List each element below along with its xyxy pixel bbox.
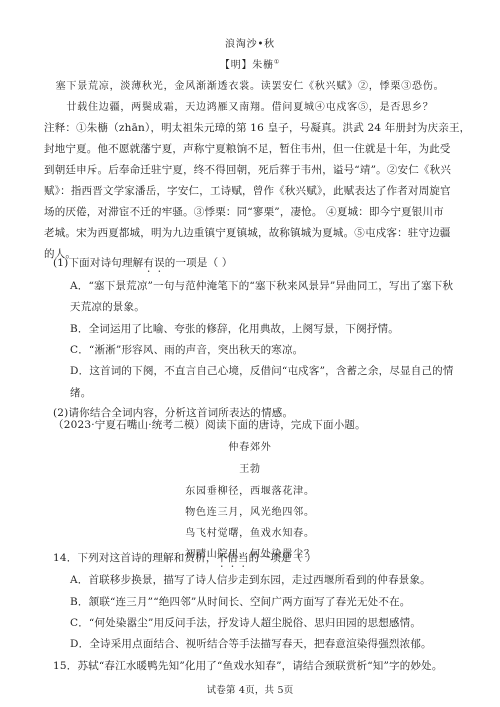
q14-option-a[interactable]: A．首联移步换景，描写了诗人信步走到东园，走过西堰所看到的仲春景象。 xyxy=(70,573,431,587)
q1-stem-pre: (1)下面对诗句理解 xyxy=(53,257,143,269)
q1-option-c[interactable]: C．“淅淅”形容风、雨的声音，突出秋天的寒凉。 xyxy=(70,343,303,357)
q1-stem-emphasis: 有误 xyxy=(143,257,164,269)
note-line-6: 老城。宋为西夏都城，明为九边重镇宁夏镇城，故称镇城为夏城。⑤屯戍客：驻守边疆 xyxy=(44,226,451,240)
poem2-line-1: 东园垂柳径，西堰落花津。 xyxy=(0,485,500,499)
q1-stem-post: 的一项是（ ） xyxy=(165,257,233,269)
poem2-author: 王勃 xyxy=(0,463,500,477)
poem1-author: 【明】朱㮵① xyxy=(0,59,500,73)
q14-stem-emphasis: 不恰当 xyxy=(217,552,249,564)
poem1-author-name: 【明】朱㮵 xyxy=(220,60,274,71)
page-footer: 试卷第 4页，共 5页 xyxy=(0,684,500,698)
q1-stem: (1)下面对诗句理解有误的一项是（ ） xyxy=(53,256,233,275)
q1-option-b[interactable]: B．全词运用了比喻、夸张的修辞，化用典故，上阕写景，下阕抒情。 xyxy=(70,322,399,336)
poem1-title: 浪淘沙•秋 xyxy=(0,38,500,52)
note-line-2: 封地宁夏。他不愿就藩宁夏，声称宁夏粮饷不足，暂住韦州，但一住就是十年，为此受 xyxy=(44,142,451,156)
poem2-line-2: 物色连三月，风光绝四邻。 xyxy=(0,506,500,520)
exam-page: 浪淘沙•秋 【明】朱㮵① 塞下景荒凉，淡薄秋光，金风渐渐透衣裳。读罢安仁《秋兴赋… xyxy=(0,0,500,707)
q14-option-b[interactable]: B．颔联“连三月”“绝四邻”从时间长、空间广两方面写了春光无处不在。 xyxy=(70,595,411,609)
note-line-3: 到朝廷申斥。后奉命迁驻宁夏，终不得回朝，死后葬于韦州，谥号“靖”。②安仁《秋兴 xyxy=(44,163,451,177)
q1-option-d-line1[interactable]: D．这首词的下阕，不直言自己心境，反借问“屯戍客”，含蓄之余，尽显自己的情 xyxy=(70,364,454,378)
note-line-5: 场的厌倦，对滞宦不迁的牢骚。③悸栗：同“寥栗”，凄怆。 ④夏城：即今宁夏银川市 xyxy=(44,205,444,219)
q1-option-a-line1[interactable]: A．“塞下景荒凉”一句与范仲淹笔下的“塞下秋来风景异”异曲同工，写出了塞下秋 xyxy=(70,279,453,293)
q14-option-d[interactable]: D．全诗采用点面结合、视听结合等手法描写春天，把春意渲染得强烈浓郁。 xyxy=(70,637,432,651)
poem1-author-note-mark: ① xyxy=(274,59,280,66)
note-line-1: 注释：①朱㮵（zhān），明太祖朱元璋的第 16 皇子，号凝真。洪武 24 年册… xyxy=(44,121,470,135)
q14-stem-post: 的一项是（ ） xyxy=(249,552,317,564)
q14-stem-pre: 14．下列对这首诗的理解和赏析， xyxy=(53,552,217,564)
section-intro: （2023·宁夏石嘴山·统考二模）阅读下面的唐诗，完成下面小题。 xyxy=(53,418,366,432)
note-line-4: 赋》：指西晋文学家潘岳，字安仁，工诗赋，曾作《秋兴赋》，此赋表达了作者对周旋官 xyxy=(44,184,451,198)
q14-stem: 14．下列对这首诗的理解和赏析，不恰当的一项是（ ） xyxy=(53,551,316,570)
poem1-line-2: 廿载住边疆，两鬓成霜，天边鸿雁又南翔。借问夏城④屯戍客⑤，是否思乡？ xyxy=(0,101,500,115)
poem1-line-1: 塞下景荒凉，淡薄秋光，金风渐渐透衣裳。读罢安仁《秋兴赋》②，悸栗③恐伤。 xyxy=(0,80,500,94)
poem2-line-3: 鸟飞村觉曙，鱼戏水知春。 xyxy=(0,527,500,541)
q1-option-d-line2: 绪。 xyxy=(70,386,91,400)
q1-option-a-line2: 天荒凉的景象。 xyxy=(70,300,145,314)
q14-option-c[interactable]: C．“何处染嚣尘”用反问手法，抒发诗人超尘脱俗、思归田园的思想感情。 xyxy=(70,616,421,630)
poem2-title: 仲春郊外 xyxy=(0,441,500,455)
q15-stem: 15．苏轼“春江水暖鸭先知”化用了“鱼戏水知春”，请结合颈联赏析“知”字的妙处。 xyxy=(53,659,443,673)
